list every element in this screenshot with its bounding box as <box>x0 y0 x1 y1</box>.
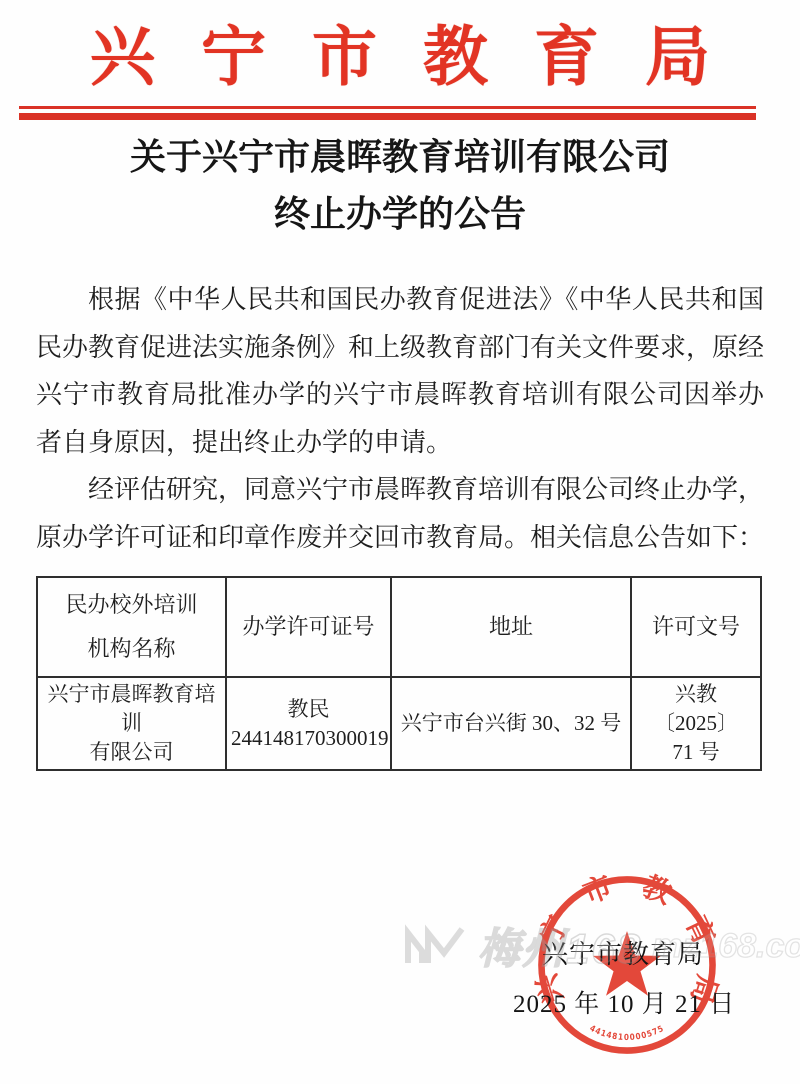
document-title: 关于兴宁市晨晖教育培训有限公司 终止办学的公告 <box>0 129 800 243</box>
paragraph-2-line: 经评估研究，同意兴宁市晨晖教育培训有限公司终止办学， <box>36 466 764 514</box>
paragraph-1-line: 民办教育促进法实施条例》和上级教育部门有关文件要求，原经 <box>36 324 764 372</box>
document-title-line1: 关于兴宁市晨晖教育培训有限公司 <box>0 129 800 186</box>
seal-code-text: 4414810000575 <box>588 1023 665 1042</box>
signature-date: 2025 年 10 月 21 日 <box>513 984 735 1020</box>
header-address: 地址 <box>391 577 631 677</box>
paragraph-1-line: 者自身原因，提出终止办学的申请。 <box>36 419 764 467</box>
header-license-number: 办学许可证号 <box>226 577 391 677</box>
cell-license-number: 教民 244148170300019 <box>226 677 391 770</box>
letterhead-rule-thin <box>19 106 756 109</box>
paragraph-2-line: 原办学许可证和印章作废并交回市教育局。相关信息公告如下： <box>36 514 764 562</box>
document-page: 兴宁市教育局 关于兴宁市晨晖教育培训有限公司 终止办学的公告 根据《中华人民共和… <box>0 0 800 1084</box>
cell-address: 兴宁市台兴街 30、32 号 <box>391 677 631 770</box>
header-permit-doc-number: 许可文号 <box>631 577 761 677</box>
watermark-m-logo-icon <box>404 923 468 969</box>
cell-permit-doc-number: 兴教〔2025〕 71 号 <box>631 677 761 770</box>
table-row: 兴宁市晨晖教育培训 有限公司 教民 244148170300019 兴宁市台兴街… <box>37 677 761 770</box>
letterhead-org-title: 兴宁市教育局 <box>0 0 800 99</box>
document-title-line2: 终止办学的公告 <box>0 186 800 243</box>
cell-institution-name: 兴宁市晨晖教育培训 有限公司 <box>37 677 226 770</box>
header-institution-name: 民办校外培训 机构名称 <box>37 577 226 677</box>
body-text: 根据《中华人民共和国民办教育促进法》《中华人民共和国 民办教育促进法实施条例》和… <box>36 276 764 561</box>
institution-info-table: 民办校外培训 机构名称 办学许可证号 地址 许可文号 兴宁市晨晖教育培训 有限公… <box>36 576 762 771</box>
paragraph-1-line: 兴宁市教育局批准办学的兴宁市晨晖教育培训有限公司因举办 <box>36 371 764 419</box>
table-header-row: 民办校外培训 机构名称 办学许可证号 地址 许可文号 <box>37 577 761 677</box>
svg-text:4414810000575: 4414810000575 <box>588 1023 665 1042</box>
paragraph-1-line: 根据《中华人民共和国民办教育促进法》《中华人民共和国 <box>36 276 764 324</box>
signature-issuer: 兴宁市教育局 <box>542 934 704 971</box>
letterhead-rule-thick <box>19 113 756 120</box>
